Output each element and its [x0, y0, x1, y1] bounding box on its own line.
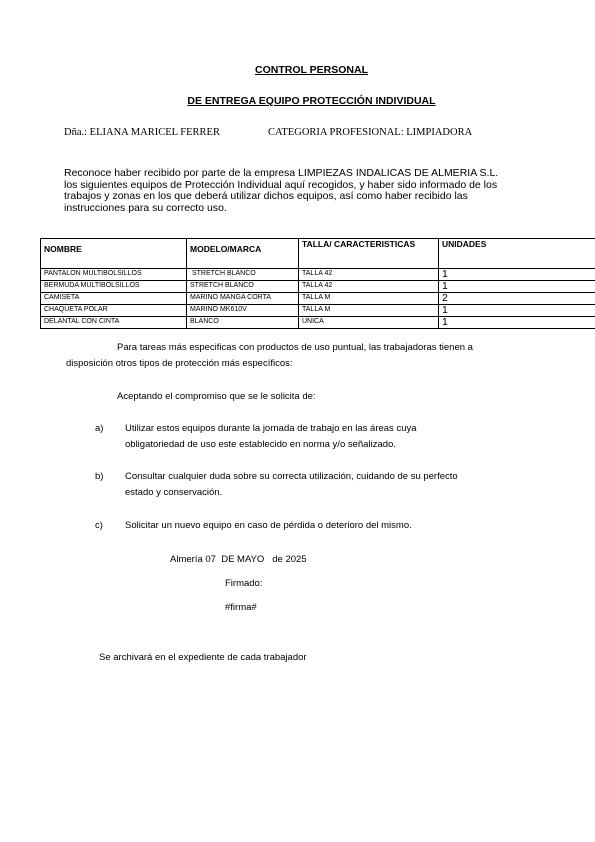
- cell-talla: TALLA M: [299, 305, 439, 317]
- cell-nombre: PANTALON MULTIBOLSILLOS: [41, 269, 187, 281]
- footer-note: Se archivará en el expediente de cada tr…: [99, 650, 307, 666]
- cell-talla: TALLA 42: [299, 269, 439, 281]
- table-row: CHAQUETA POLAR MARINO MK610V TALLA M 1: [41, 305, 595, 317]
- intro-paragraph: Reconoce haber recibido por parte de la …: [64, 168, 595, 214]
- cell-nombre: DELANTAL CON CINTA: [41, 317, 187, 329]
- specific-line: disposición otros tipos de protección má…: [66, 356, 567, 372]
- table-row: BERMUDA MULTIBOLSILLOS STRETCH BLANCO TA…: [41, 281, 595, 293]
- item-line: Utilizar estos equipos durante la jornad…: [125, 421, 535, 437]
- cell-nombre: CAMISETA: [41, 293, 187, 305]
- item-line: Consultar cualquier duda sobre su correc…: [125, 469, 535, 485]
- cell-modelo: STRETCH BLANCO: [187, 269, 299, 281]
- cell-unidades: 1: [439, 269, 595, 281]
- header-talla: TALLA/ CARACTERISTICAS: [299, 239, 439, 269]
- header-modelo-marca: MODELO/MARCA: [187, 239, 299, 269]
- commitment-item-a: a) Utilizar estos equipos durante la jor…: [95, 421, 535, 453]
- table-row: DELANTAL CON CINTA BLANCO UNICA 1: [41, 317, 595, 329]
- cell-modelo: STRETCH BLANCO: [187, 281, 299, 293]
- signature-placeholder: #firma#: [225, 600, 257, 616]
- commitment-item-c: c) Solicitar un nuevo equipo en caso de …: [95, 518, 535, 534]
- cell-modelo: BLANCO: [187, 317, 299, 329]
- header-unidades: UNIDADES: [439, 239, 595, 269]
- cell-unidades: 1: [439, 317, 595, 329]
- cell-nombre: CHAQUETA POLAR: [41, 305, 187, 317]
- employee-category: CATEGORIA PROFESIONAL: LIMPIADORA: [268, 127, 472, 138]
- header-nombre: NOMBRE: [41, 239, 187, 269]
- cell-modelo: MARINO MANGA CORTA: [187, 293, 299, 305]
- item-line: obligatoriedad de uso este establecido e…: [125, 437, 535, 453]
- item-line: estado y conservación.: [125, 485, 535, 501]
- list-marker: b): [95, 469, 103, 485]
- document-title: CONTROL PERSONAL: [14, 64, 595, 76]
- table-row: CAMISETA MARINO MANGA CORTA TALLA M 2: [41, 293, 595, 305]
- cell-unidades: 1: [439, 305, 595, 317]
- table-header-row: NOMBRE MODELO/MARCA TALLA/ CARACTERISTIC…: [41, 239, 595, 269]
- intro-line: Reconoce haber recibido por parte de la …: [64, 168, 595, 180]
- signature-date: Almería 07 DE MAYO de 2025: [170, 552, 307, 568]
- cell-talla: TALLA 42: [299, 281, 439, 293]
- cell-nombre: BERMUDA MULTIBOLSILLOS: [41, 281, 187, 293]
- specific-paragraph: Para tareas más especificas con producto…: [66, 340, 567, 372]
- document-subtitle: DE ENTREGA EQUIPO PROTECCIÓN INDIVIDUAL: [14, 95, 595, 107]
- intro-line: trabajos y zonas en los que deberá utili…: [64, 191, 595, 203]
- list-marker: a): [95, 421, 103, 437]
- commitment-intro: Aceptando el compromiso que se le solici…: [117, 389, 316, 405]
- cell-modelo: MARINO MK610V: [187, 305, 299, 317]
- table-row: PANTALON MULTIBOLSILLOS STRETCH BLANCO T…: [41, 269, 595, 281]
- list-marker: c): [95, 518, 103, 534]
- cell-talla: UNICA: [299, 317, 439, 329]
- commitment-item-b: b) Consultar cualquier duda sobre su cor…: [95, 469, 535, 501]
- employee-name: Dña.: ELIANA MARICEL FERRER: [64, 127, 220, 138]
- signed-label: Firmado:: [225, 576, 262, 592]
- intro-line: instrucciones para su correcto uso.: [64, 203, 595, 215]
- equipment-table: NOMBRE MODELO/MARCA TALLA/ CARACTERISTIC…: [40, 238, 595, 329]
- item-line: Solicitar un nuevo equipo en caso de pér…: [125, 518, 535, 534]
- specific-line: Para tareas más especificas con producto…: [66, 340, 567, 356]
- cell-unidades: 1: [439, 281, 595, 293]
- cell-unidades: 2: [439, 293, 595, 305]
- cell-talla: TALLA M: [299, 293, 439, 305]
